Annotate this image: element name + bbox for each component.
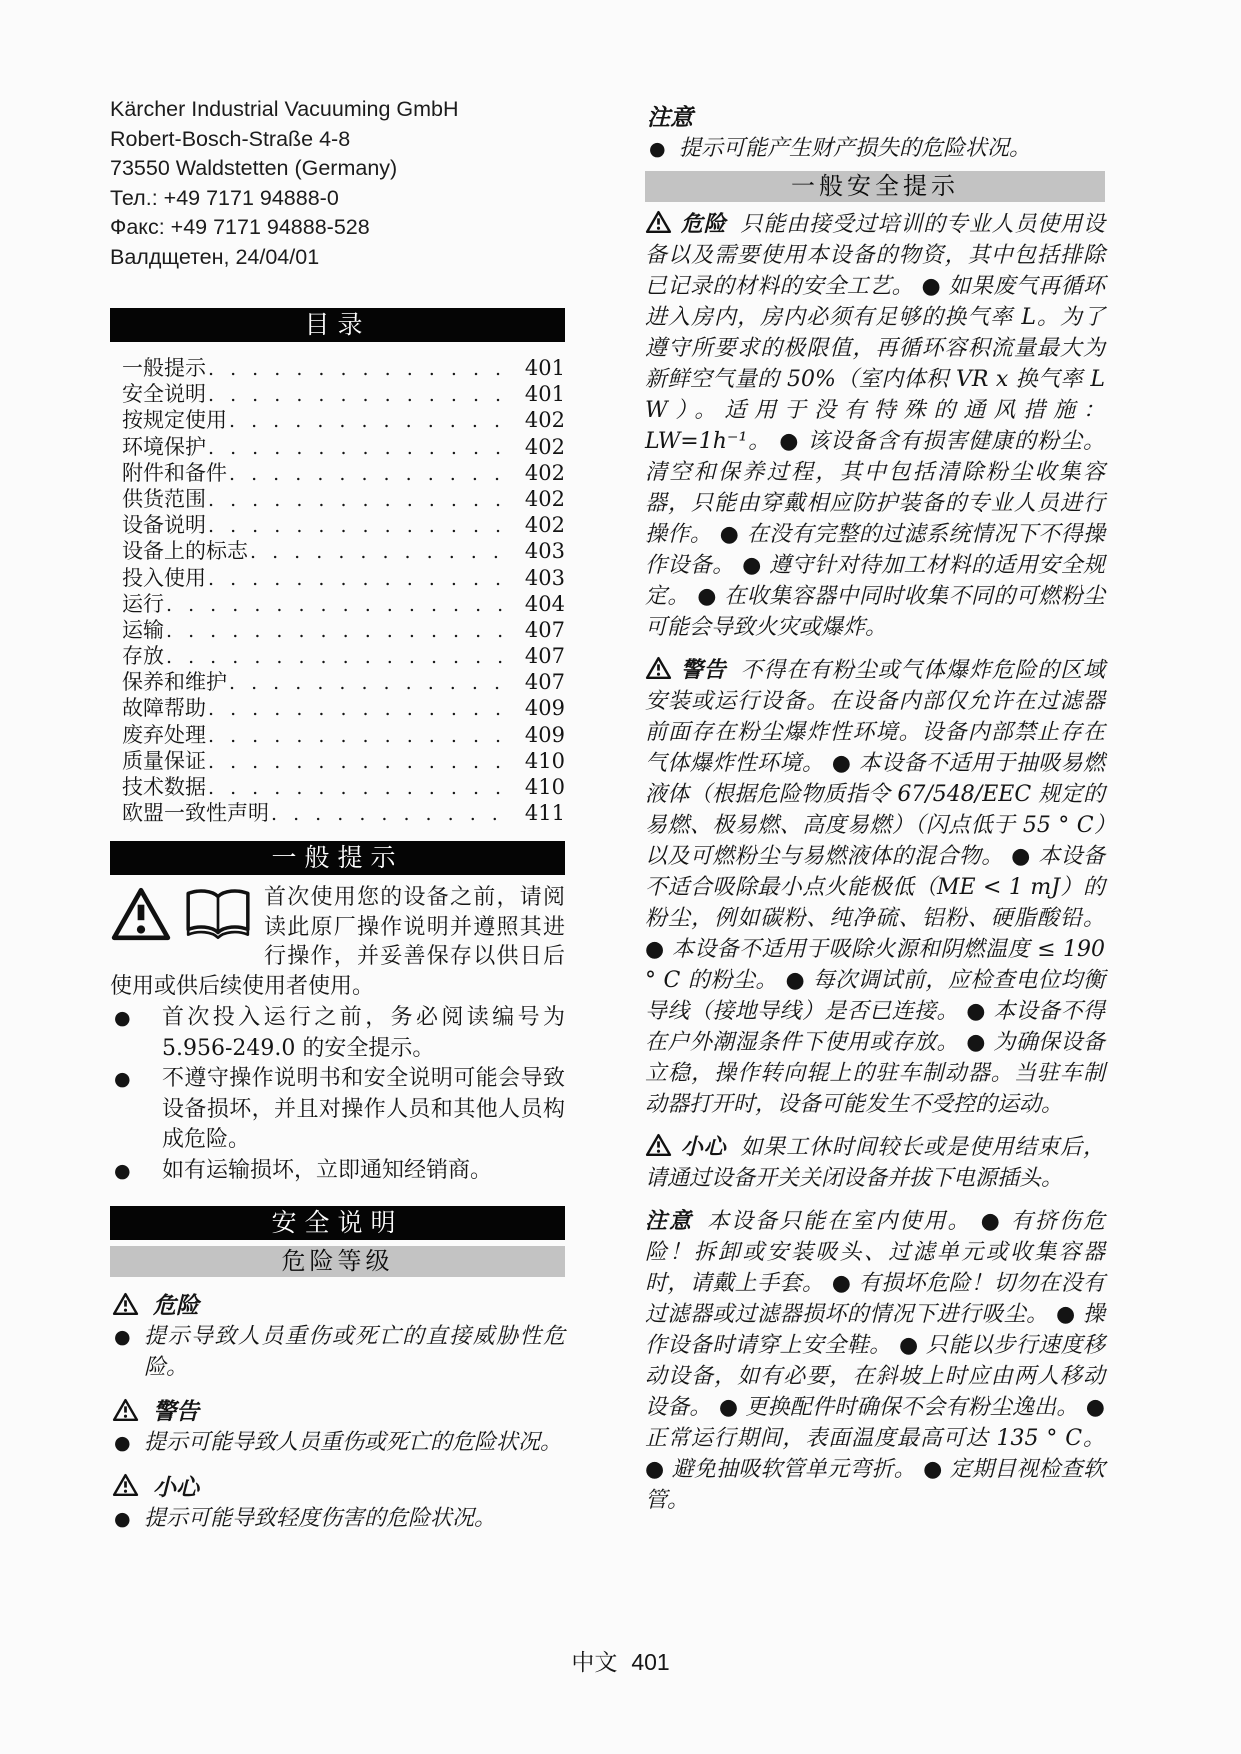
toc-entry-page: 409 — [521, 696, 565, 720]
toc-leader — [229, 463, 515, 485]
safety-paragraph-danger: 危险只能由接受过培训的专业人员使用设备以及需要使用本设备的物资，其中包括排除已记… — [645, 209, 1105, 643]
address-line: Тел.: +49 7171 94888-0 — [110, 184, 565, 214]
toc-leader — [208, 751, 515, 773]
safety-paragraph-warning: 警告不得在有粉尘或气体爆炸危险的区域安装或运行设备。在设备内部仅允许在过滤器前面… — [645, 655, 1105, 1120]
paragraph-label: 警告 — [680, 657, 727, 683]
toc-leader — [166, 646, 515, 668]
hazard-levels-header: 危险等级 — [110, 1246, 565, 1277]
hazard-level-desc: 提示可能导致轻度伤害的危险状况。 — [110, 1504, 565, 1535]
toc-entry-page: 401 — [521, 356, 565, 380]
toc-entry-page: 410 — [521, 749, 565, 773]
table-of-contents: 一般提示401 安全说明401 按规定使用402 环境保护402 附件和备件40… — [110, 352, 565, 823]
attention-desc: 提示可能产生财产损失的危险状况。 — [645, 134, 1105, 165]
toc-entry: 故障帮助409 — [122, 692, 565, 718]
toc-leader — [208, 358, 515, 380]
address-line: Robert-Bosch-Straße 4-8 — [110, 125, 565, 155]
general-notes-header: 一般提示 — [110, 841, 565, 875]
toc-leader — [208, 489, 515, 511]
safety-paragraph-caution: 小心如果工休时间较长或是使用结束后，请通过设备开关关闭设备并拔下电源插头。 — [645, 1132, 1105, 1194]
list-item: 不遵守操作说明书和安全说明可能会导致设备损坏，并且对操作人员和其他人员构成危险。 — [110, 1064, 565, 1156]
toc-entry-page: 410 — [521, 775, 565, 799]
paragraph-label: 注意 — [645, 1208, 693, 1234]
footer-language: 中文 — [571, 1649, 617, 1675]
paragraph-text: 不得在有粉尘或气体爆炸危险的区域安装或运行设备。在设备内部仅允许在过滤器前面存在… — [645, 658, 1105, 1117]
paragraph-label: 危险 — [680, 211, 727, 237]
toc-entry: 设备说明402 — [122, 509, 565, 535]
toc-leader — [229, 410, 515, 432]
hazard-level-caution: 小心 — [112, 1469, 565, 1502]
address-line: Валдщетен, 24/04/01 — [110, 243, 565, 273]
toc-entry: 技术数据410 — [122, 771, 565, 797]
toc-leader — [166, 594, 515, 616]
warning-icon — [112, 1473, 139, 1497]
hazard-level-label: 小心 — [153, 1469, 199, 1502]
warning-triangle-icon — [110, 886, 172, 942]
toc-entry-page: 407 — [521, 618, 565, 642]
hazard-level-label: 警告 — [153, 1393, 199, 1426]
list-item: 如有运输损坏，立即通知经销商。 — [110, 1156, 565, 1187]
intro-text: 首次使用您的设备之前，请阅读此原厂操作说明并遵照其进行操作，并妥善保存以供日后使… — [110, 885, 565, 999]
warning-icon — [112, 1398, 139, 1422]
toc-entry: 按规定使用402 — [122, 404, 565, 430]
left-column: Kärcher Industrial Vacuuming GmbH Robert… — [110, 95, 565, 1534]
toc-entry-page: 409 — [521, 723, 565, 747]
toc-leader — [208, 384, 515, 406]
toc-leader — [250, 541, 515, 563]
toc-entry: 附件和备件402 — [122, 457, 565, 483]
toc-leader — [208, 515, 515, 537]
toc-entry-page: 407 — [521, 644, 565, 668]
toc-leader — [208, 437, 515, 459]
footer-page-number: 401 — [631, 1649, 669, 1675]
toc-entry: 运行404 — [122, 588, 565, 614]
hazard-level-desc: 提示导致人员重伤或死亡的直接威胁性危险。 — [110, 1322, 565, 1383]
general-safety-header: 一般安全提示 — [645, 171, 1105, 202]
safety-paragraph-attention: 注意本设备只能在室内使用。 ● 有挤伤危险！拆卸或安装吸头、过滤单元或收集容器时… — [645, 1206, 1105, 1516]
toc-entry: 存放407 — [122, 640, 565, 666]
toc-entry: 运输407 — [122, 614, 565, 640]
toc-entry: 欧盟一致性声明411 — [122, 797, 565, 823]
toc-entry: 投入使用403 — [122, 562, 565, 588]
toc-entry-page: 403 — [521, 539, 565, 563]
address-line: 73550 Waldstetten (Germany) — [110, 154, 565, 184]
toc-leader — [271, 803, 515, 825]
page-footer: 中文401 — [0, 1644, 1241, 1677]
paragraph-text: 只能由接受过培训的专业人员使用设备以及需要使用本设备的物资，其中包括排除已记录的… — [645, 212, 1105, 640]
toc-leader — [166, 620, 515, 642]
toc-entry-page: 402 — [521, 408, 565, 432]
hazard-level-danger: 危险 — [112, 1287, 565, 1320]
toc-entry-page: 407 — [521, 670, 565, 694]
warning-icon — [645, 1133, 672, 1157]
toc-entry-page: 402 — [521, 461, 565, 485]
hazard-level-desc: 提示可能导致人员重伤或死亡的危险状况。 — [110, 1428, 565, 1459]
warning-icon — [645, 656, 672, 680]
toc-header: 目录 — [110, 308, 565, 342]
warning-icon — [112, 1292, 139, 1316]
general-notes-bullets: 首次投入运行之前，务必阅读编号为 5.956-249.0 的安全提示。 不遵守操… — [110, 1003, 565, 1186]
toc-entry-page: 402 — [521, 487, 565, 511]
attention-label: 注意 — [647, 99, 693, 132]
toc-entry-page: 404 — [521, 592, 565, 616]
manufacturer-address: Kärcher Industrial Vacuuming GmbH Robert… — [110, 95, 565, 272]
toc-leader — [208, 777, 515, 799]
toc-entry: 安全说明401 — [122, 378, 565, 404]
toc-entry-page: 402 — [521, 435, 565, 459]
toc-entry-page: 402 — [521, 513, 565, 537]
list-item: 首次投入运行之前，务必阅读编号为 5.956-249.0 的安全提示。 — [110, 1003, 565, 1064]
toc-entry: 质量保证410 — [122, 745, 565, 771]
toc-leader — [208, 725, 515, 747]
operating-manual-book-icon — [182, 886, 254, 942]
address-line: Факс: +49 7171 94888-528 — [110, 213, 565, 243]
attention-heading: 注意 — [647, 99, 1105, 132]
safety-instructions-header: 安全说明 — [110, 1206, 565, 1240]
manual-page: Kärcher Industrial Vacuuming GmbH Robert… — [0, 0, 1241, 1754]
toc-leader — [208, 698, 515, 720]
general-notes-intro: 首次使用您的设备之前，请阅读此原厂操作说明并遵照其进行操作，并妥善保存以供日后使… — [110, 883, 565, 1001]
hazard-level-warning: 警告 — [112, 1393, 565, 1426]
address-line: Kärcher Industrial Vacuuming GmbH — [110, 95, 565, 125]
toc-entry: 供货范围402 — [122, 483, 565, 509]
toc-entry: 设备上的标志403 — [122, 535, 565, 561]
toc-entry-page: 401 — [521, 382, 565, 406]
toc-leader — [208, 568, 515, 590]
right-column: 注意 提示可能产生财产损失的危险状况。 一般安全提示 危险只能由接受过培训的专业… — [645, 95, 1105, 1516]
hazard-level-label: 危险 — [153, 1287, 199, 1320]
toc-leader — [229, 672, 515, 694]
toc-entry: 环境保护402 — [122, 431, 565, 457]
toc-entry-page: 403 — [521, 566, 565, 590]
toc-entry-label: 欧盟一致性声明 — [122, 797, 269, 827]
toc-entry: 保养和维护407 — [122, 666, 565, 692]
toc-entry: 废弃处理409 — [122, 719, 565, 745]
hazard-levels: 危险 提示导致人员重伤或死亡的直接威胁性危险。 警告 提示可能导致人员重伤或死亡… — [110, 1287, 565, 1534]
toc-entry: 一般提示401 — [122, 352, 565, 378]
paragraph-label: 小心 — [680, 1134, 727, 1160]
toc-entry-page: 411 — [521, 801, 565, 825]
warning-icon — [645, 210, 672, 234]
paragraph-text: 本设备只能在室内使用。 ● 有挤伤危险！拆卸或安装吸头、过滤单元或收集容器时，请… — [645, 1209, 1105, 1513]
